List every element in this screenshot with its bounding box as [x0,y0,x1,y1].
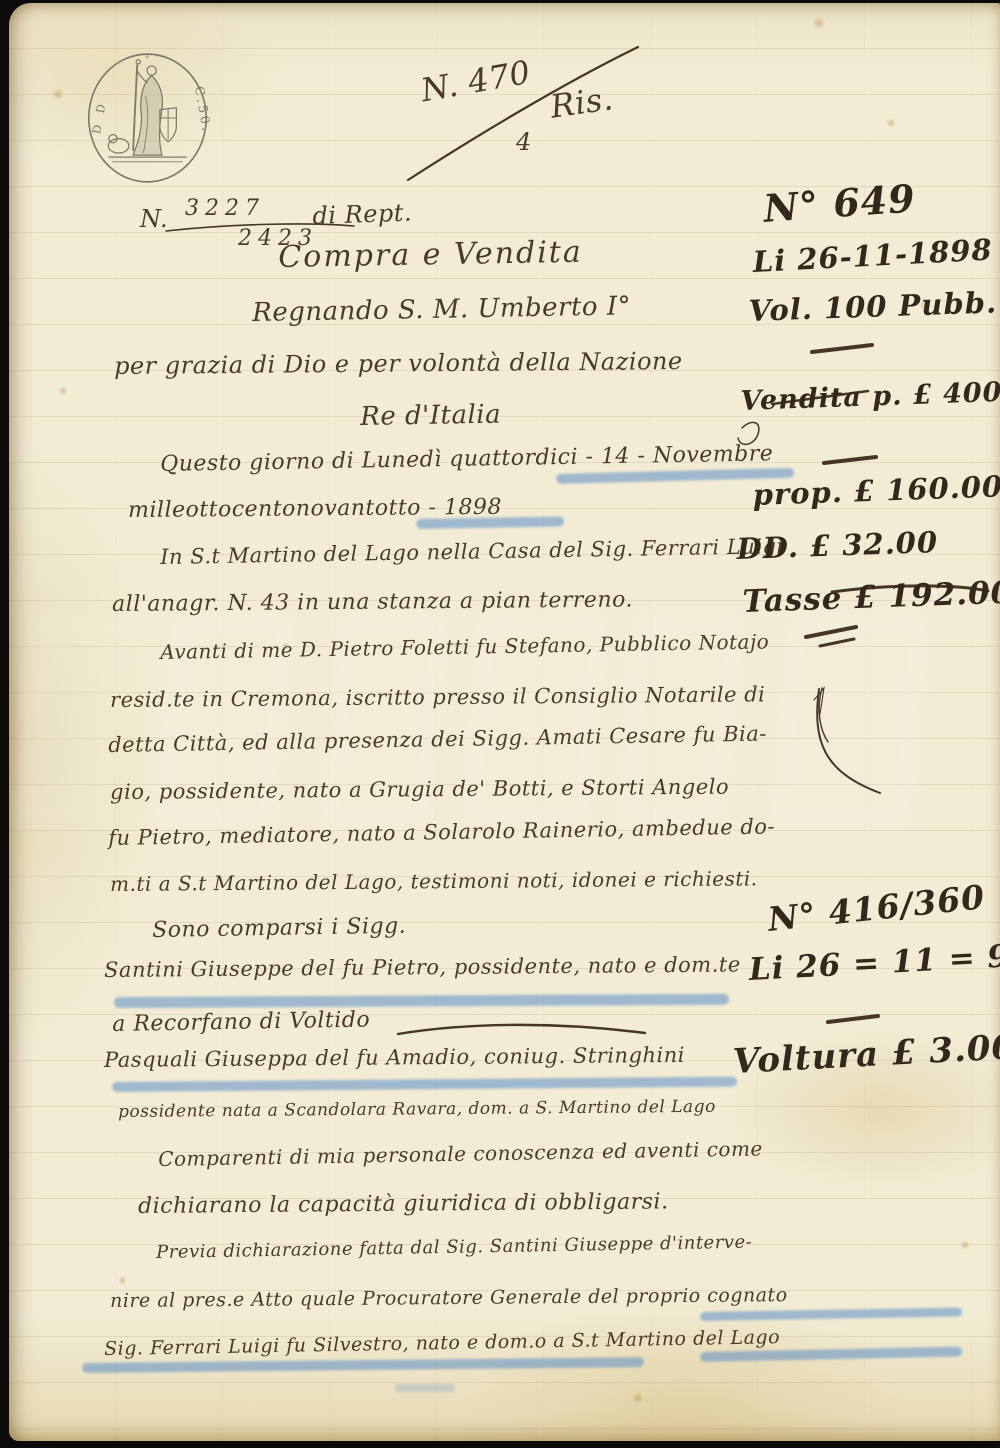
repertory-prefix: N. [140,205,168,233]
line-filler-dash [398,1025,645,1034]
invocation-line: per grazia di Dio e per volontà della Na… [114,347,683,380]
margin-dash [812,345,872,352]
double-dash-mark [806,627,856,637]
deed-title: Compra e Vendita [278,235,583,275]
margin-dash [824,457,876,463]
margin-check-stroke [819,688,828,742]
manuscript-line: Sono comparsi i Sigg. [152,914,406,943]
top-annotation-denominator: 4 [516,128,532,156]
margin-tax-dd: DD. £ 32.00 [736,525,939,566]
margin-dash [828,1016,878,1022]
realm-line: Re d'Italia [360,400,501,432]
manuscript-line: all'anagr. N. 43 in una stanza a pian te… [112,587,633,617]
double-dash-mark [820,639,854,646]
manuscript-line: milleottocentonovantotto - 1898 [128,495,502,523]
manuscript-line: dichiarano la capacità giuridica di obbl… [138,1189,669,1219]
manuscript-line: a Recorfano di Voltido [112,1007,370,1036]
manuscript-line: Pasquali Giuseppa del fu Amadio, coniug.… [104,1043,685,1072]
photographed-document: ✧ C.50. D D N. 470 4 Ris. [0,0,1000,1448]
repertory-suffix: di Rept. [312,199,412,230]
blue-smudge-mark [395,1384,455,1392]
repertory-numerator: 3227 [185,196,265,221]
